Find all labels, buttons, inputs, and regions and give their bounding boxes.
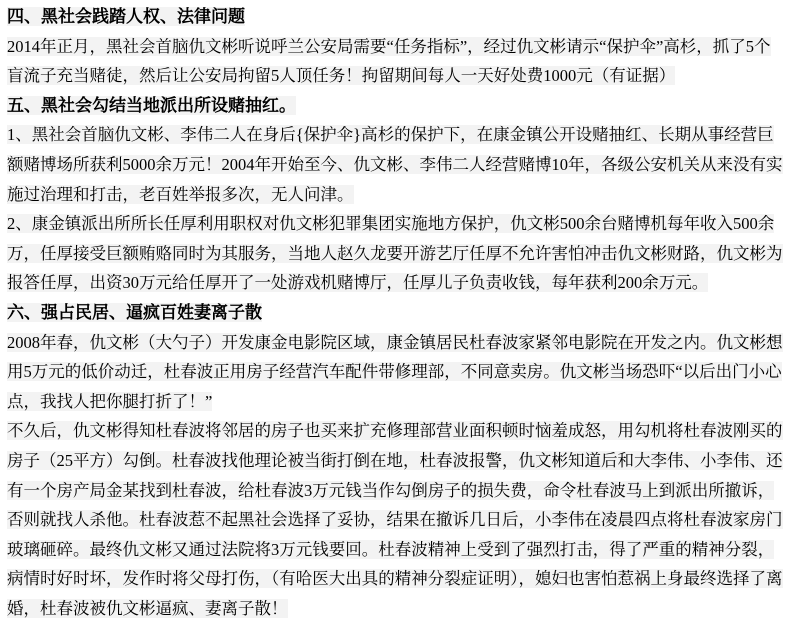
section-5-paragraph-2-text: 2、康金镇派出所所长任厚利用职权对仇文彬犯罪集团实施地方保护，仇文彬500余台赌…: [7, 214, 783, 292]
section-4-paragraph-1: 2014年正月，黑社会首脑仇文彬听说呼兰公安局需要“任务指标”，经过仇文彬请示“…: [7, 32, 786, 91]
section-heading-6: 六、强占民居、逼疯百姓妻离子散: [7, 298, 786, 328]
section-heading-4-text: 四、黑社会践踏人权、法律问题: [7, 7, 245, 26]
section-6-paragraph-2: 不久后，仇文彬得知杜春波将邻居的房子也买来扩充修理部营业面积顿时恼羞成怒，用勾机…: [7, 416, 786, 622]
section-6-paragraph-1: 2008年春，仇文彬（大勺子）开发康金电影院区域，康金镇居民杜春波家紧邻电影院在…: [7, 328, 786, 417]
section-heading-5: 五、黑社会勾结当地派出所设赌抽红。: [7, 91, 786, 121]
section-5-paragraph-1-text: 1、黑社会首脑仇文彬、李伟二人在身后{保护伞}高杉的保护下，在康金镇公开设赌抽红…: [7, 125, 783, 203]
section-5-paragraph-2: 2、康金镇派出所所长任厚利用职权对仇文彬犯罪集团实施地方保护，仇文彬500余台赌…: [7, 209, 786, 298]
document-body: 四、黑社会践踏人权、法律问题 2014年正月，黑社会首脑仇文彬听说呼兰公安局需要…: [0, 0, 793, 622]
section-heading-5-text: 五、黑社会勾结当地派出所设赌抽红。: [7, 96, 296, 115]
section-6-paragraph-2-text: 不久后，仇文彬得知杜春波将邻居的房子也买来扩充修理部营业面积顿时恼羞成怒，用勾机…: [7, 421, 783, 618]
section-heading-6-text: 六、强占民居、逼疯百姓妻离子散: [7, 303, 262, 322]
section-5-paragraph-1: 1、黑社会首脑仇文彬、李伟二人在身后{保护伞}高杉的保护下，在康金镇公开设赌抽红…: [7, 120, 786, 209]
section-6-paragraph-1-text: 2008年春，仇文彬（大勺子）开发康金电影院区域，康金镇居民杜春波家紧邻电影院在…: [7, 333, 783, 411]
section-4-paragraph-1-text: 2014年正月，黑社会首脑仇文彬听说呼兰公安局需要“任务指标”，经过仇文彬请示“…: [7, 37, 771, 86]
section-heading-4: 四、黑社会践踏人权、法律问题: [7, 2, 786, 32]
